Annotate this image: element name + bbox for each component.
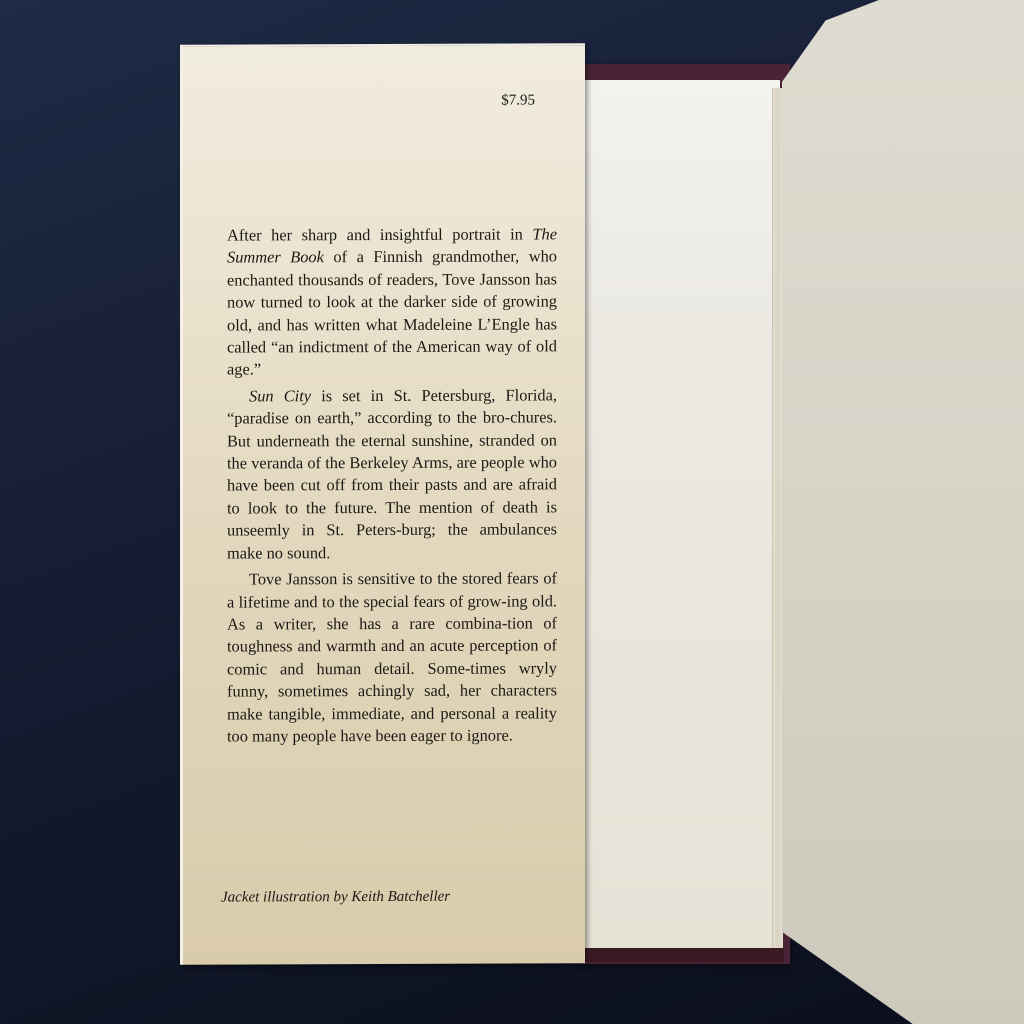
blurb-paragraph-1: After her sharp and insightful portrait … (227, 223, 557, 381)
blurb-paragraph-2: Sun City is set in St. Petersburg, Flori… (227, 384, 557, 564)
book-title-sun-city: Sun City (249, 386, 311, 405)
blurb-text: After her sharp and insightful portrait … (227, 224, 532, 244)
right-page (782, 0, 1024, 1024)
book-cloth-bottom-edge (584, 948, 784, 962)
blurb-text: Tove Jansson is sensitive to the stored … (227, 568, 557, 745)
dust-jacket-flap: $7.95 After her sharp and insightful por… (180, 43, 585, 964)
book-hinge (772, 88, 783, 948)
jacket-blurb: After her sharp and insightful portrait … (227, 223, 557, 747)
endpaper (584, 80, 780, 948)
illustration-credit: Jacket illustration by Keith Batcheller (221, 889, 450, 907)
blurb-paragraph-3: Tove Jansson is sensitive to the stored … (227, 567, 557, 747)
blurb-text: is set in St. Petersburg, Florida, “para… (227, 385, 557, 562)
price-label: $7.95 (501, 92, 535, 109)
